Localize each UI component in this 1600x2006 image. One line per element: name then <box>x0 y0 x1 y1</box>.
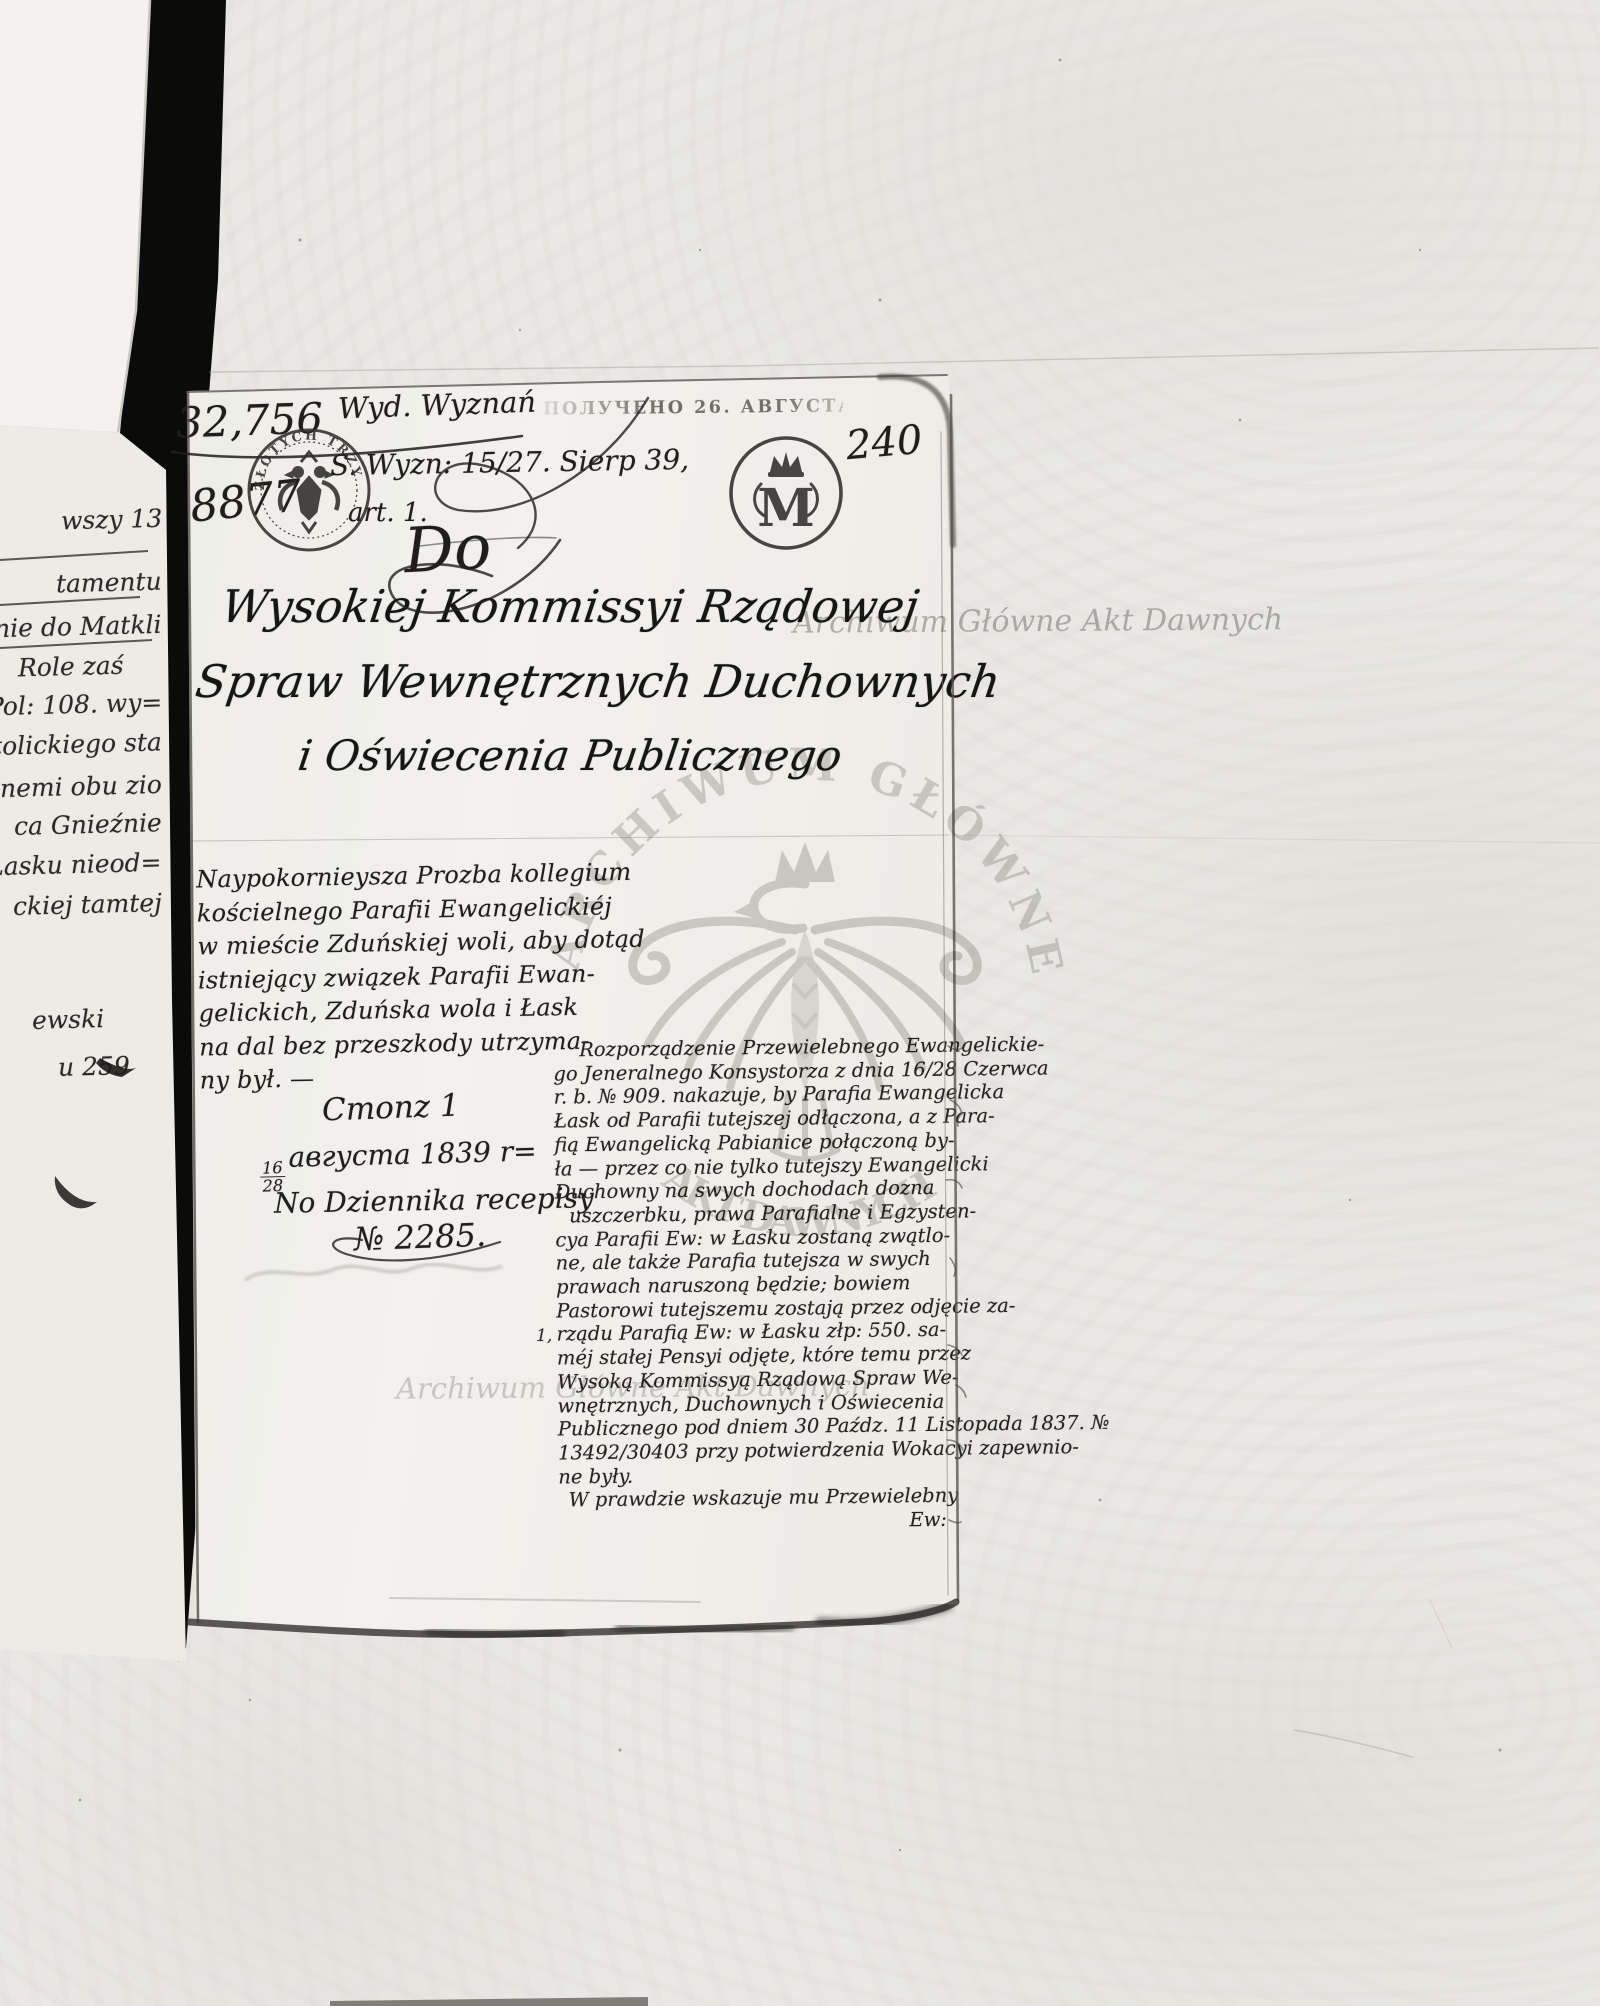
paper-creases <box>192 348 1600 1757</box>
eagle-ring-bottom-text: AKT DAWNYCH <box>654 1153 945 1246</box>
pen-flourishes <box>172 398 648 1260</box>
monogram-letter: M <box>757 478 815 539</box>
scanned-archive-photo: wszy 13 tamentu nie do Matkli Role zaś P… <box>0 0 1600 2006</box>
revenue-fee-seal: ZŁOTYCH TRZY <box>249 427 369 550</box>
digital-watermark-top: Archiwum Główne Akt Dawnych <box>793 602 1283 640</box>
svg-text:AKT DAWNYCH: AKT DAWNYCH <box>654 1153 945 1246</box>
eagle-figure <box>633 842 978 1159</box>
overlay-graphics: ZŁOTYCH TRZY M <box>0 0 1600 2006</box>
ink-blots <box>55 1058 136 1208</box>
monogram-seal: M <box>731 438 841 548</box>
left-page-underlines <box>0 551 152 648</box>
digital-watermark-middle: Archiwum Główne Akt Dawnych <box>396 1368 870 1405</box>
pencil-note-squiggle <box>245 1264 502 1280</box>
agad-eagle-watermark: ARCHIWUM GŁÓWNE AKT DAWNYCH <box>538 739 1072 1246</box>
double-eagle-icon <box>280 452 338 532</box>
bottom-page-sliver <box>330 1997 648 2006</box>
crown-icon <box>768 452 804 477</box>
